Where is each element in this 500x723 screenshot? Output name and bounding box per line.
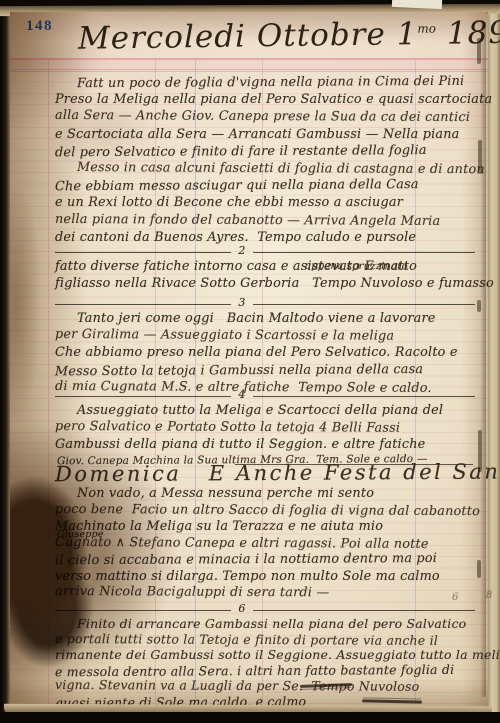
entry-section-4: 4Assueggiato tutto la Meliga e Scartocci… xyxy=(55,390,475,467)
book-spine-edge-bottom xyxy=(0,712,500,723)
page-stack-edge-right xyxy=(486,5,500,715)
section-number: 2 xyxy=(238,244,245,257)
divider-rule xyxy=(55,610,231,611)
section-divider: 6 xyxy=(55,604,475,616)
handwriting-line: rimanente dei Gambussi sotto il Seggione… xyxy=(55,647,475,663)
handwriting-line: il cielo si accabana e minacia i la nott… xyxy=(55,551,475,570)
ink-smudge xyxy=(477,300,481,312)
divider-rule xyxy=(253,396,475,397)
margin-mark: 6 xyxy=(452,592,458,603)
section-number: 6 xyxy=(238,602,245,615)
handwriting-line: Domenica E Anche Festa del Santo Rosario xyxy=(55,459,475,488)
section-number: 3 xyxy=(238,296,245,309)
handwriting-line: Che abbiamo preso nella piana del Pero S… xyxy=(55,344,475,361)
ink-smudge xyxy=(477,560,481,578)
page-number: 148 xyxy=(26,18,53,35)
entry-title: Mercoledi Ottobre 1mo 1890 xyxy=(78,15,478,57)
handwriting-line: e portali tutti sotto la Tetoja e finito… xyxy=(55,630,475,648)
handwriting-line: pero Salvatico e Portato Sotto la tetoja… xyxy=(55,418,475,437)
handwriting-line: fatto diverse fatiche intorno casa e asi… xyxy=(55,258,475,275)
header-rule-blue xyxy=(10,71,488,72)
handwriting-line: vigna. Stevanin va a Luagli da per Se. T… xyxy=(55,677,475,695)
handwriting-line: appena spruzzinato xyxy=(305,262,408,273)
handwriting-line: arriva Nicola Bacigaluppi di sera tardi … xyxy=(55,584,475,603)
handwriting-line: Preso la Meliga nella piana del Pero Sal… xyxy=(55,91,475,108)
handwriting-line: poco bene Facio un altro Sacco di foglia… xyxy=(55,501,475,520)
diary-page: 148 Mercoledi Ottobre 1mo 1890 Fatt un p… xyxy=(10,12,488,709)
entry-section-1: Fatt un poco de foglia d'vigna nella pia… xyxy=(55,74,475,246)
handwriting-line: Assueggiato tutto la Meliga e Scartocci … xyxy=(55,402,475,419)
divider-rule xyxy=(253,610,475,611)
divider-rule xyxy=(55,304,231,305)
entry-title-ordinal: mo xyxy=(417,21,436,35)
entry-section-6: 6Finito di arrancare Gambassi nella pian… xyxy=(55,604,475,709)
handwriting-line: Machinato la Meliga su la Terazza e ne a… xyxy=(55,519,475,536)
handwriting-line: Tanto jeri come oggi Bacin Maltodo viene… xyxy=(55,310,475,327)
margin-mark: 8 xyxy=(486,590,492,601)
entry-section-2: 2fatto diverse fatiche intorno casa e as… xyxy=(55,246,475,292)
entry-section-5: Domenica E Anche Festa del Santo Rosario… xyxy=(55,460,475,602)
handwriting-line: dei cantoni da Buenos Ayres. Tempo calud… xyxy=(55,229,475,246)
divider-rule xyxy=(253,304,475,305)
section-divider: 3 xyxy=(55,298,475,310)
handwriting-line: Finito di arrancare Gambassi nella piana… xyxy=(55,616,475,632)
ink-smudge xyxy=(478,140,482,174)
divider-rule xyxy=(55,396,231,397)
handwriting-line: Messo Sotto la tetoja i Gambussi nella p… xyxy=(55,360,475,380)
entry-title-daynum: 1 xyxy=(396,16,417,52)
pink-column-line xyxy=(48,60,49,703)
handwriting-line: figliasso nella Rivace Sotto Gerboria Te… xyxy=(55,275,475,292)
handwriting-line: Non vado, a Messa nessuna perche mi sent… xyxy=(55,486,475,503)
section-divider: 2 xyxy=(55,246,475,258)
divider-rule xyxy=(55,252,231,253)
handwriting-line: Fatt un poco de foglia d'vigna nella pia… xyxy=(55,73,475,93)
ink-smudge xyxy=(477,38,481,64)
ink-smudge xyxy=(478,430,482,472)
entry-title-year: 1890 xyxy=(447,14,500,51)
entry-title-day: Mercoledi xyxy=(78,18,246,56)
handwriting-line: Gambussi della piana di tutto il Seggion… xyxy=(55,436,475,453)
section-divider: 4 xyxy=(55,390,475,402)
handwriting-line: verso mattino si dilarga. Tempo non mult… xyxy=(55,569,475,586)
handwriting-line: per Giralima — Assueggiato i Scartossi e… xyxy=(55,326,475,345)
handwriting-line: e un Rexi lotto di Becone che ebbi messo… xyxy=(55,194,475,211)
book-photo: 148 Mercoledi Ottobre 1mo 1890 Fatt un p… xyxy=(0,0,500,723)
handwriting-line: alla Sera — Anche Giov. Canepa prese la … xyxy=(55,107,475,126)
handwriting-line: Che ebbiam messo asciugar qui nella pian… xyxy=(55,176,475,196)
header-rule xyxy=(10,58,488,70)
divider-rule xyxy=(253,252,475,253)
section-number: 4 xyxy=(238,388,245,401)
entry-title-month: Ottobre xyxy=(257,16,387,54)
handwriting-line: nella piana in fondo del cabanotto — Arr… xyxy=(55,210,475,229)
handwriting-line: e Scartociata alla Sera — Arrancati Gamb… xyxy=(55,126,475,143)
entry-section-3: 3Tanto jeri come oggi Bacin Maltodo vien… xyxy=(55,298,475,396)
